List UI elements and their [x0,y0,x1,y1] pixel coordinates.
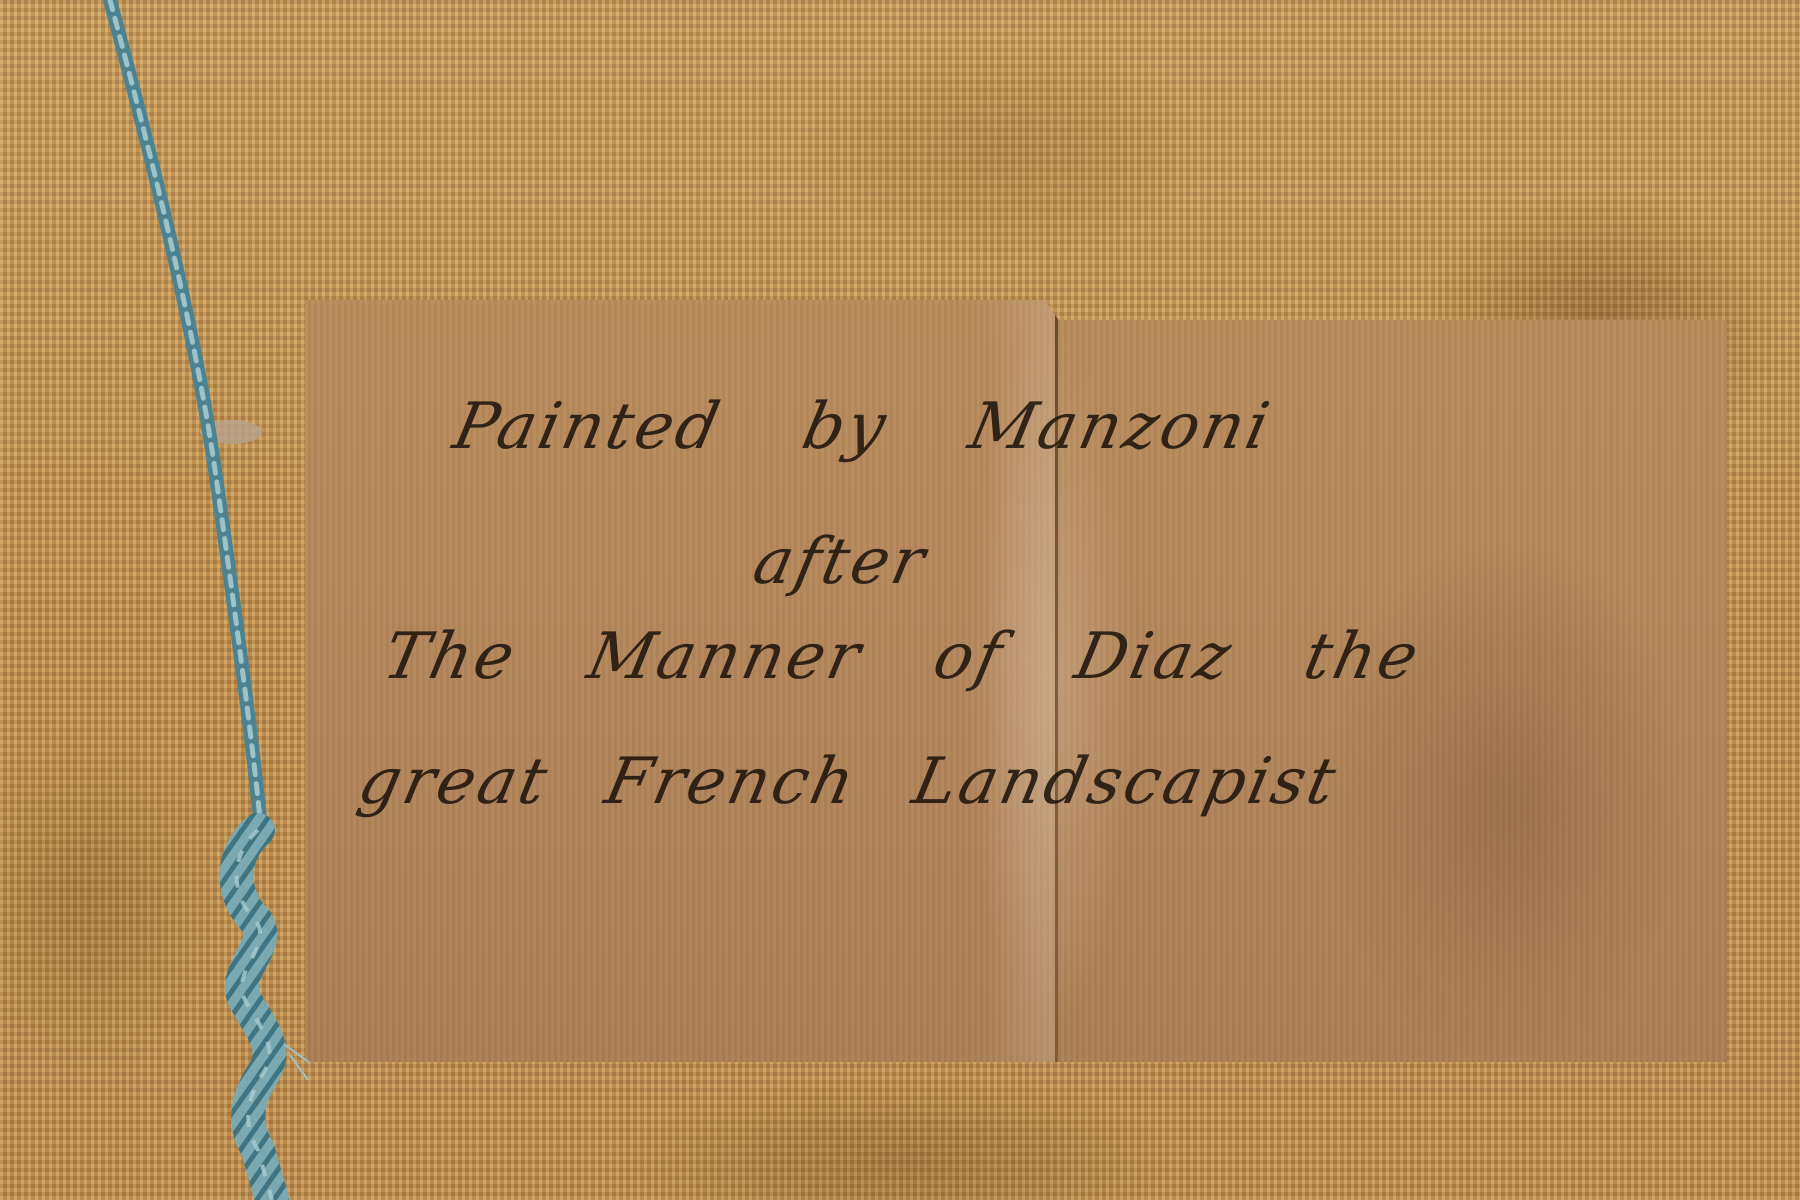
inscription-line-1: Painted by Manzoni [447,390,1278,464]
handwritten-label: Painted by Manzoni after The Manner of D… [305,300,1727,1062]
inscription-line-2: after [747,525,934,599]
tack-mark [200,420,262,444]
inscription-line-3: The Manner of Diaz the [377,620,1427,694]
inscription-line-4: great French Landscapist [352,745,1345,819]
